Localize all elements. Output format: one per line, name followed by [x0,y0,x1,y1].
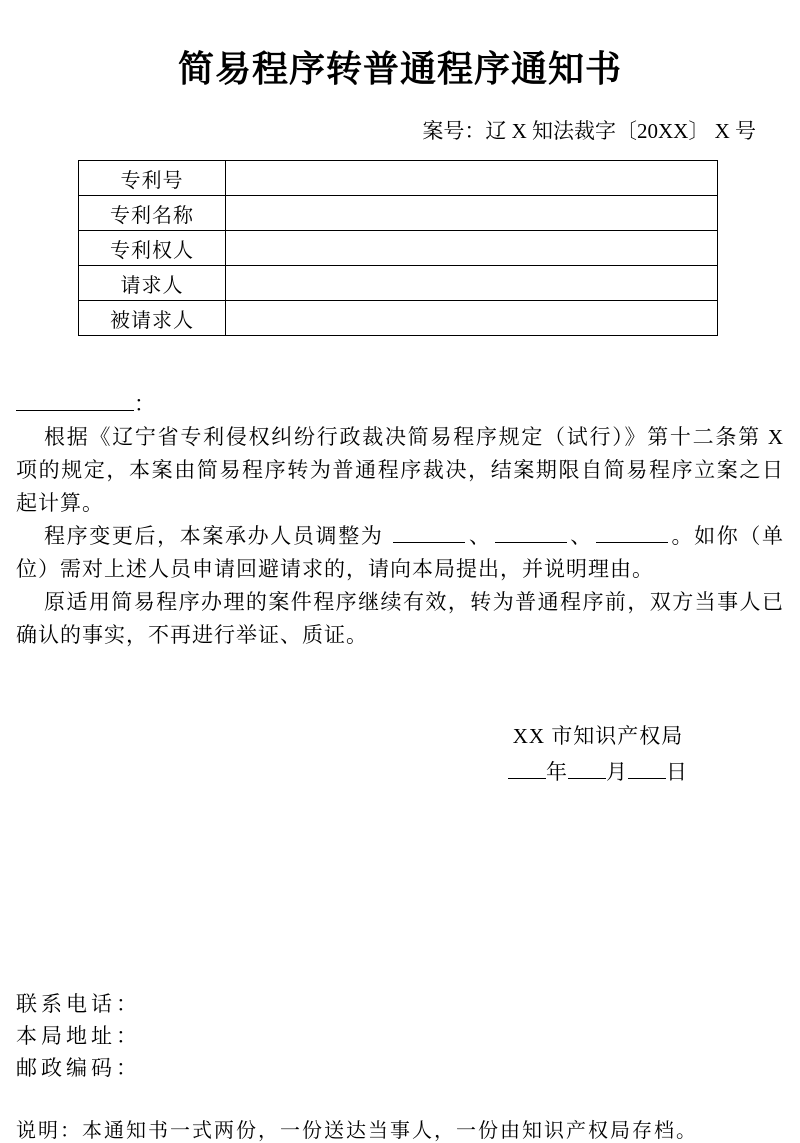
signature-date-line: 年月日 [508,754,688,790]
patent-number-value [226,161,718,196]
month-label: 月 [606,760,628,784]
patent-name-value [226,196,718,231]
officers-text-prefix: 程序变更后，本案承办人员调整为 [44,524,390,548]
officer-blank-1 [393,523,465,543]
contact-address-label: 本局地址： [16,1020,784,1052]
patentee-label: 专利权人 [79,231,226,266]
table-row: 被请求人 [79,301,718,336]
salutation-line: ： [16,388,784,421]
officers-separator-1: 、 [468,524,491,548]
patent-info-table: 专利号 专利名称 专利权人 请求人 被请求人 [78,160,718,336]
year-label: 年 [546,760,568,784]
respondent-value [226,301,718,336]
contact-phone-label: 联系电话： [16,988,784,1020]
patent-number-label: 专利号 [79,161,226,196]
year-blank [508,759,546,779]
requester-label: 请求人 [79,266,226,301]
patentee-value [226,231,718,266]
body-text: ： 根据《辽宁省专利侵权纠纷行政裁决简易程序规定（试行）》第十二条第 X 项的规… [16,388,784,652]
paragraph-officers: 程序变更后，本案承办人员调整为 、、。如你（单位）需对上述人员申请回避请求的，请… [16,520,784,586]
officer-blank-3 [596,523,668,543]
document-page: 简易程序转普通程序通知书 案号：辽 X 知法裁字〔20XX〕 X 号 专利号 专… [0,44,800,1143]
addressee-blank [16,391,134,411]
salutation-colon: ： [134,392,156,416]
table-row: 专利权人 [79,231,718,266]
day-label: 日 [666,760,688,784]
table-row: 专利号 [79,161,718,196]
day-blank [628,759,666,779]
patent-name-label: 专利名称 [79,196,226,231]
page-title: 简易程序转普通程序通知书 [16,44,784,94]
case-number: 案号：辽 X 知法裁字〔20XX〕 X 号 [16,116,784,146]
footer-note: 说明：本通知书一式两份，一份送达当事人，一份由知识产权局存档。 [16,1116,784,1143]
officers-separator-2: 、 [570,524,593,548]
table-row: 请求人 [79,266,718,301]
officer-blank-2 [495,523,567,543]
signature-block: XX 市知识产权局 年月日 [508,718,688,790]
requester-value [226,266,718,301]
month-blank [568,759,606,779]
table-row: 专利名称 [79,196,718,231]
signature-org: XX 市知识产权局 [508,718,688,754]
paragraph-legal-basis: 根据《辽宁省专利侵权纠纷行政裁决简易程序规定（试行）》第十二条第 X 项的规定，… [16,421,784,520]
respondent-label: 被请求人 [79,301,226,336]
paragraph-evidence: 原适用简易程序办理的案件程序继续有效，转为普通程序前，双方当事人已确认的事实，不… [16,586,784,652]
contact-block: 联系电话： 本局地址： 邮政编码： [16,988,784,1084]
contact-postcode-label: 邮政编码： [16,1052,784,1084]
